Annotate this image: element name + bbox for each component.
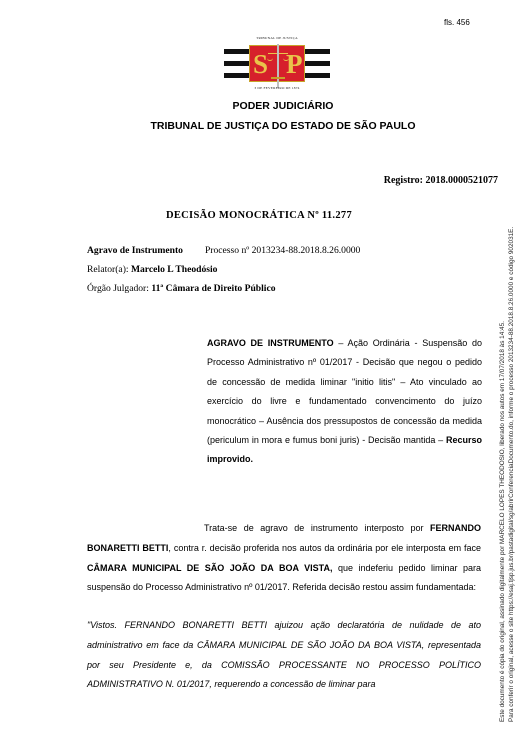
p1-start: Trata-se de agravo de instrumento interp…: [204, 523, 430, 533]
header-tribunal: TRIBUNAL DE JUSTIÇA DO ESTADO DE SÃO PAU…: [0, 120, 518, 132]
logo-letter-p: P: [286, 49, 303, 79]
sword-icon: [277, 44, 279, 88]
logo-bottom-caption: 3 DE FEVEREIRO DE 1874: [222, 86, 332, 90]
orgao-label: Órgão Julgador:: [87, 283, 151, 294]
sword-hilt-icon: [271, 77, 285, 79]
orgao-line: Órgão Julgador: 11ª Câmara de Direito Pú…: [87, 283, 276, 294]
ementa-lead: AGRAVO DE INSTRUMENTO: [207, 338, 334, 348]
logo-stripe: [224, 61, 250, 66]
logo-stripe: [224, 49, 250, 54]
header-poder-judiciario: PODER JUDICIÁRIO: [0, 100, 518, 112]
logo-shield: S P: [249, 45, 305, 82]
logo-stripe: [304, 73, 330, 78]
p1-mid: , contra r. decisão proferida nos autos …: [168, 543, 481, 553]
case-type: Agravo de Instrumento: [87, 245, 183, 256]
ementa-text: – Ação Ordinária - Suspensão do Processo…: [207, 338, 482, 445]
relator-label: Relator(a):: [87, 264, 131, 275]
logo-letter-s: S: [253, 49, 268, 79]
ementa: AGRAVO DE INSTRUMENTO – Ação Ordinária -…: [207, 334, 482, 470]
digital-signature-notice: Este documento é cópia do original, assi…: [498, 22, 516, 722]
orgao-name: 11ª Câmara de Direito Público: [151, 283, 275, 294]
registro-number: Registro: 2018.0000521077: [384, 175, 498, 186]
logo-stripe: [224, 73, 250, 78]
verification-line: Para conferir o original, acesse o site …: [507, 22, 516, 722]
decision-title: DECISÃO MONOCRÁTICA Nº 11.277: [0, 210, 518, 221]
relator-line: Relator(a): Marcelo L Theodósio: [87, 264, 217, 275]
logo-stripe: [304, 61, 330, 66]
scales-pan-icon: [267, 57, 273, 61]
process-number: Processo nº 2013234-88.2018.8.26.0000: [205, 245, 360, 256]
tjsp-logo: TRIBUNAL DE JUSTIÇA S P 3 DE FEVEREIRO D…: [222, 36, 332, 92]
p1-entity: CÂMARA MUNICIPAL DE SÃO JOÃO DA BOA VIST…: [87, 563, 332, 573]
quoted-decision: "Vistos. FERNANDO BONARETTI BETTI ajuizo…: [87, 616, 481, 695]
logo-stripe: [304, 49, 330, 54]
folio-number: fls. 456: [444, 18, 470, 27]
signature-line: Este documento é cópia do original, assi…: [498, 22, 507, 722]
case-type-line: Agravo de InstrumentoProcesso nº 2013234…: [87, 245, 360, 256]
relator-name: Marcelo L Theodósio: [131, 264, 218, 275]
logo-top-caption: TRIBUNAL DE JUSTIÇA: [222, 36, 332, 40]
body-paragraph: Trata-se de agravo de instrumento interp…: [87, 519, 481, 598]
